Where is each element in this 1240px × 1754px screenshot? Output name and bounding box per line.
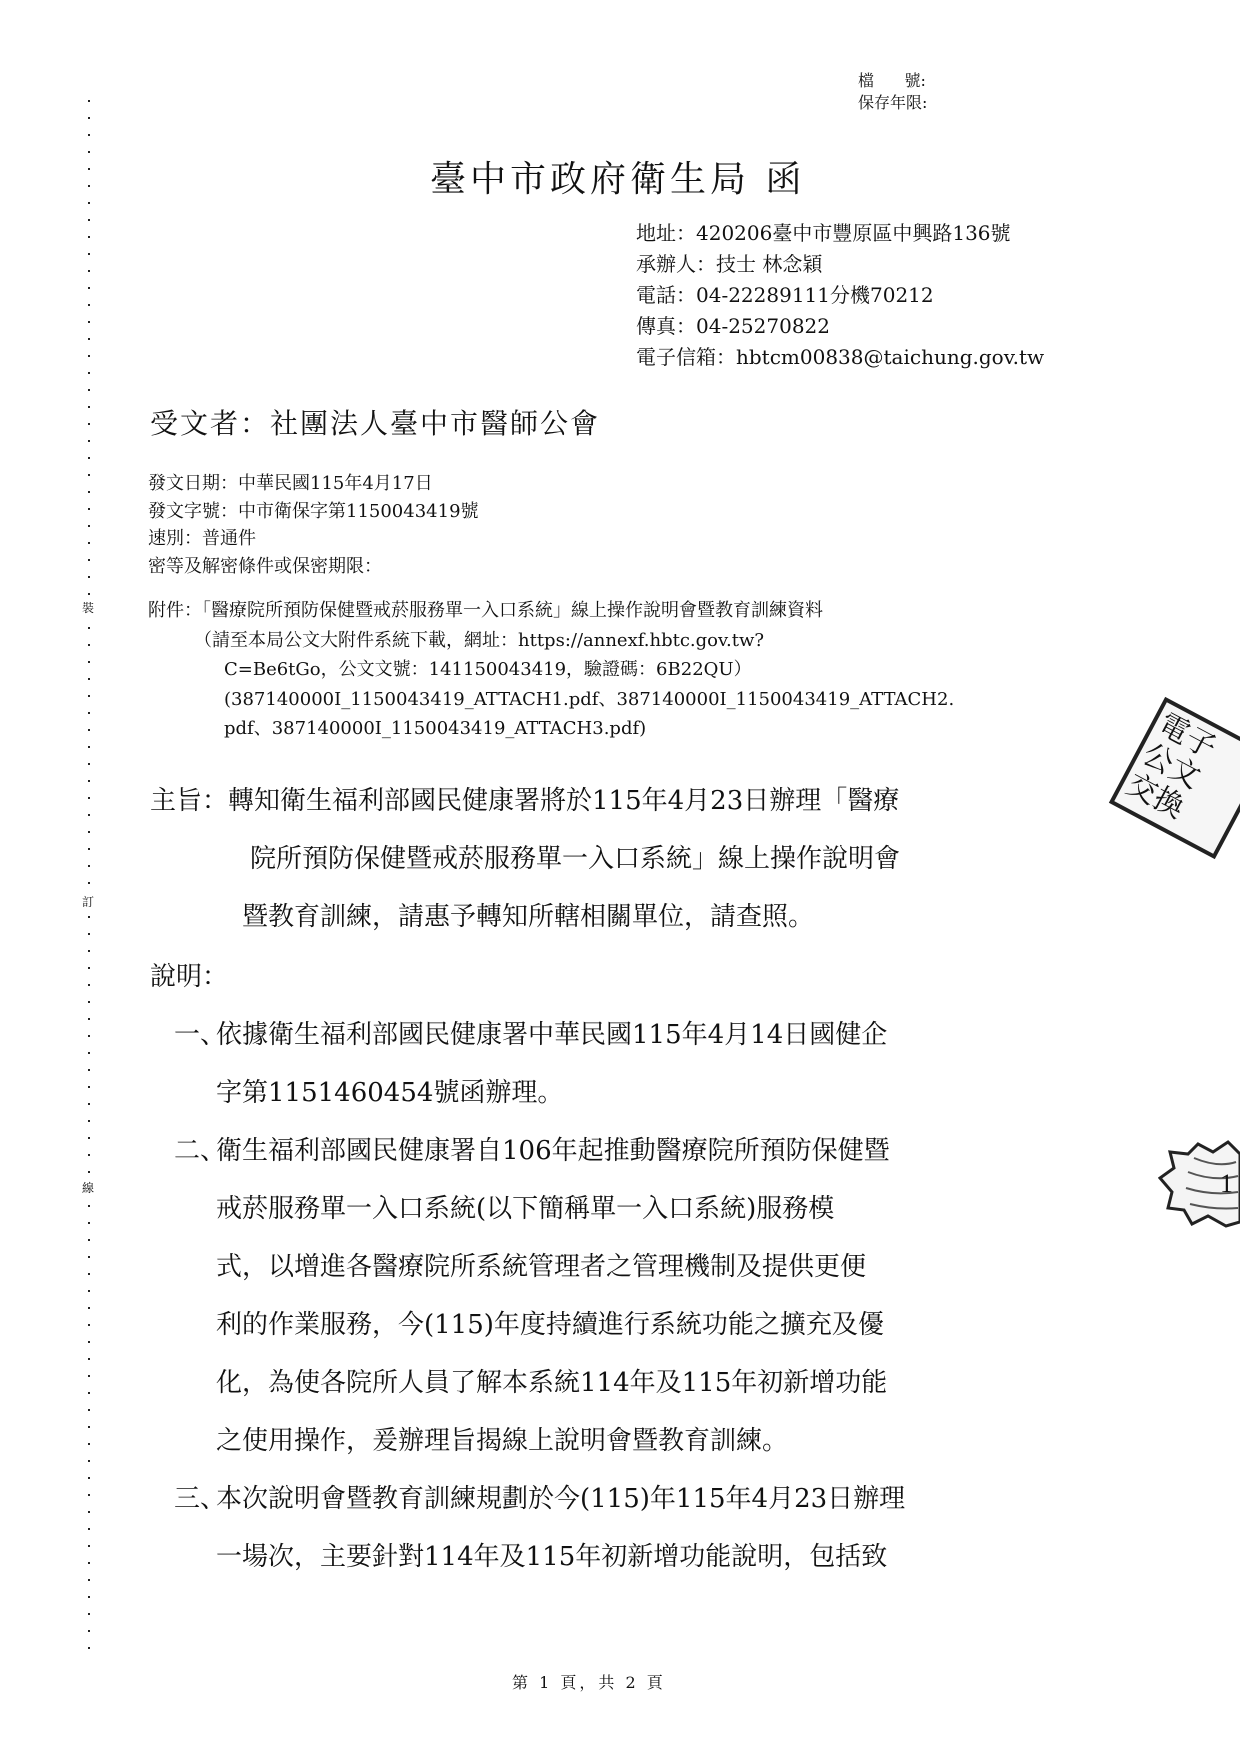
filing-info: 檔 號: 保存年限: [858,70,927,114]
explanation-item: 一、 依據衛生福利部國民健康署中華民國115年4月14日國健企 字第115146… [150,1006,905,1122]
binding-dot [88,168,90,170]
binding-dot [88,1596,90,1598]
issue-date: 發文日期：中華民國115年4月17日 [148,470,479,498]
subject-line: 院所預防保健暨戒菸服務單一入口系統」線上操作說明會 [150,830,900,888]
subject-line: 主旨：轉知衛生福利部國民健康署將於115年4月23日辦理「醫療 [150,772,900,830]
binding-dot [88,321,90,323]
attachment-verification: C=Be6tGo，公文文號：141150043419，驗證碼：6B22QU） [148,655,954,685]
binding-mark: 線 [82,1181,94,1195]
item-number: 一、 [174,1006,226,1064]
address: 地址：420206臺中市豐原區中興路136號 [636,218,1044,249]
retention-period-label: 保存年限: [858,92,927,114]
binding-dot [88,525,90,527]
page-seal-icon: 1 [1158,1138,1240,1228]
binding-dot [88,933,90,935]
binding-dot [88,1341,90,1343]
document-meta: 發文日期：中華民國115年4月17日 發文字號：中市衛保字第1150043419… [148,470,479,580]
binding-dot [88,304,90,306]
binding-dot [88,1443,90,1445]
binding-dot [88,1409,90,1411]
confidentiality: 密等及解密條件或保密期限： [148,553,479,581]
binding-dot [88,1001,90,1003]
binding-dot [88,797,90,799]
binding-dot [88,1154,90,1156]
binding-dot [88,1103,90,1105]
binding-dot [88,1562,90,1564]
binding-dot [88,780,90,782]
item-line: 衛生福利部國民健康署自106年起推動醫療院所預防保健暨 [150,1122,905,1180]
binding-dot [88,814,90,816]
binding-dot [88,1307,90,1309]
recipient: 受文者：社團法人臺中市醫師公會 [150,404,600,444]
binding-dot [88,1052,90,1054]
binding-dot [88,1069,90,1071]
binding-dot [88,1392,90,1394]
phone: 電話：04-22289111分機70212 [636,280,1044,311]
binding-dot [88,593,90,595]
binding-mark: 訂 [82,895,94,909]
binding-dot [88,950,90,952]
binding-dot [88,1290,90,1292]
binding-dot [88,1477,90,1479]
item-number: 二、 [174,1122,226,1180]
explanation-item: 二、 衛生福利部國民健康署自106年起推動醫療院所預防保健暨 戒菸服務單一入口系… [150,1122,905,1470]
binding-dot [88,117,90,119]
item-line: 化，為使各院所人員了解本系統114年及115年初新增功能 [150,1354,905,1412]
item-line: 利的作業服務，今(115)年度持續進行系統功能之擴充及優 [150,1296,905,1354]
binding-dot [88,627,90,629]
page-seal-number: 1 [1220,1169,1233,1198]
electronic-exchange-seal: 電子公文交換 [1109,697,1240,859]
item-line: 之使用操作，爰辦理旨揭線上說明會暨教育訓練。 [150,1412,905,1470]
document-title: 臺中市政府衛生局 函 [430,158,805,202]
binding-dot [88,423,90,425]
binding-dot [88,1494,90,1496]
binding-dot [88,1545,90,1547]
explanation-item: 三、 本次說明會暨教育訓練規劃於今(115)年115年4月23日辦理 一場次，主… [150,1470,905,1586]
explanation-block: 說明： 一、 依據衛生福利部國民健康署中華民國115年4月14日國健企 字第11… [150,948,905,1586]
binding-dot [88,1086,90,1088]
document-number: 發文字號：中市衛保字第1150043419號 [148,498,479,526]
binding-dot [88,678,90,680]
binding-dot [88,1460,90,1462]
binding-dot [88,134,90,136]
binding-dot [88,1511,90,1513]
explanation-heading: 說明： [150,948,905,1006]
item-line: 本次說明會暨教育訓練規劃於今(115)年115年4月23日辦理 [150,1470,905,1528]
binding-dot [88,372,90,374]
binding-dot [88,406,90,408]
binding-dot [88,1426,90,1428]
binding-dot [88,542,90,544]
binding-dot [88,1205,90,1207]
binding-dot [88,440,90,442]
binding-dot [88,763,90,765]
file-number-label: 檔 號: [858,70,927,92]
binding-dot [88,1579,90,1581]
binding-dot [88,1324,90,1326]
priority: 速別：普通件 [148,525,479,553]
binding-dot [88,882,90,884]
binding-dot [88,865,90,867]
attachment-title: 附件：「醫療院所預防保健暨戒菸服務單一入口系統」線上操作說明會暨教育訓練資料 [148,596,954,626]
binding-dot [88,559,90,561]
binding-dot [88,185,90,187]
attachment-files: (387140000I_1150043419_ATTACH1.pdf、38714… [148,685,954,715]
binding-dot [88,1171,90,1173]
binding-dot [88,1358,90,1360]
binding-dot [88,1630,90,1632]
binding-dot [88,457,90,459]
binding-dot [88,831,90,833]
page-footer: 第 1 頁，共 2 頁 [512,1670,666,1693]
binding-dot [88,1222,90,1224]
binding-dot [88,729,90,731]
binding-dot [88,508,90,510]
binding-dot [88,967,90,969]
binding-dot [88,848,90,850]
attachment-files-cont: pdf、387140000I_1150043419_ATTACH3.pdf) [148,714,954,744]
binding-dot [88,712,90,714]
attachment-block: 附件：「醫療院所預防保健暨戒菸服務單一入口系統」線上操作說明會暨教育訓練資料 （… [148,596,954,744]
binding-mark: 裝 [82,601,94,615]
handler: 承辦人：技士 林念穎 [636,249,1044,280]
email: 電子信箱：hbtcm00838@taichung.gov.tw [636,342,1044,373]
binding-dot [88,287,90,289]
binding-dot [88,202,90,204]
attachment-download-url[interactable]: （請至本局公文大附件系統下載，網址：https://annexf.hbtc.go… [148,626,954,656]
binding-dot [88,100,90,102]
binding-dot [88,1239,90,1241]
seal-text: 電子公文交換 [1121,708,1231,831]
item-line: 依據衛生福利部國民健康署中華民國115年4月14日國健企 [150,1006,905,1064]
binding-dot [88,338,90,340]
binding-dot [88,746,90,748]
binding-dot [88,219,90,221]
subject-line: 暨教育訓練，請惠予轉知所轄相關單位，請查照。 [150,888,900,946]
binding-dot [88,695,90,697]
binding-dot [88,151,90,153]
binding-dot [88,1528,90,1530]
binding-dot [88,1647,90,1649]
binding-dot [88,1035,90,1037]
contact-block: 地址：420206臺中市豐原區中興路136號 承辦人：技士 林念穎 電話：04-… [636,218,1044,373]
binding-dot [88,1613,90,1615]
binding-dot [88,1273,90,1275]
binding-dot [88,389,90,391]
binding-dot [88,661,90,663]
binding-dot [88,1137,90,1139]
item-line: 式，以增進各醫療院所系統管理者之管理機制及提供更便 [150,1238,905,1296]
binding-dot [88,1018,90,1020]
binding-dot [88,355,90,357]
binding-dot [88,984,90,986]
item-line: 戒菸服務單一入口系統(以下簡稱單一入口系統)服務模 [150,1180,905,1238]
item-number: 三、 [174,1470,226,1528]
binding-dot [88,1120,90,1122]
binding-dot [88,576,90,578]
fax: 傳真：04-25270822 [636,311,1044,342]
binding-dot [88,270,90,272]
binding-dot [88,236,90,238]
binding-dot [88,253,90,255]
item-line: 字第1151460454號函辦理。 [150,1064,905,1122]
binding-dot [88,644,90,646]
binding-dot [88,1375,90,1377]
binding-dot [88,491,90,493]
binding-margin: 裝訂線 [80,0,100,1754]
binding-dot [88,474,90,476]
item-line: 一場次，主要針對114年及115年初新增功能說明，包括致 [150,1528,905,1586]
binding-dot [88,1256,90,1258]
binding-dot [88,916,90,918]
subject-block: 主旨：轉知衛生福利部國民健康署將於115年4月23日辦理「醫療 院所預防保健暨戒… [150,772,900,946]
